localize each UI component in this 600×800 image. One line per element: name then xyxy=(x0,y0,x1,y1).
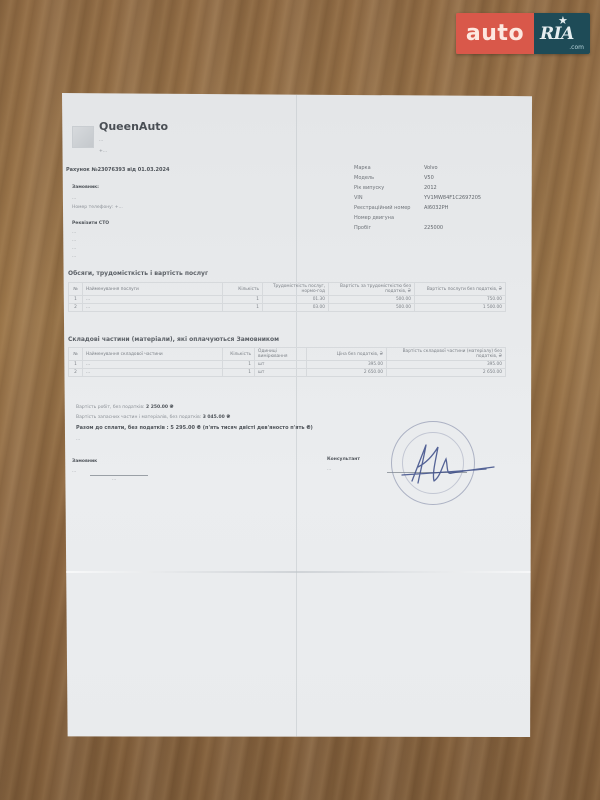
cell-name: ... xyxy=(83,361,223,369)
company-logo xyxy=(72,126,94,148)
table-row: 2...103.00500.001 500.00 xyxy=(69,304,506,312)
cell-qty: 1 xyxy=(223,361,255,369)
cell-hours: 03.00 xyxy=(263,304,329,312)
services-col-hours: Трудомісткість послуг, нормо-год xyxy=(263,283,329,296)
vehicle-value: YV1MW84F1C2697205 xyxy=(424,195,481,201)
logo-dotcom-text: .com xyxy=(569,44,584,51)
vehicle-label: Реєстраційний номер xyxy=(354,205,424,211)
parts-col-qty: Кількість xyxy=(223,348,255,361)
cell-n: 1 xyxy=(69,361,83,369)
customer-phone: +... xyxy=(115,205,123,210)
cell-name: ... xyxy=(83,296,223,304)
services-col-rate: Вартість за трудомісткістю без податків,… xyxy=(329,283,415,296)
totals-note: ... xyxy=(76,437,80,442)
services-col-qty: Кількість xyxy=(223,283,263,296)
vehicle-label: Марка xyxy=(354,165,424,171)
grand-total-label: Разом до сплати, без податків : xyxy=(76,425,169,431)
payee-code-2: ... xyxy=(72,254,76,259)
payee-heading: Реквізити СТО xyxy=(72,221,109,226)
vehicle-row: МодельV50 xyxy=(354,175,481,184)
vehicle-info: МаркаVolvoМодельV50Рік випуску2012VINYV1… xyxy=(354,165,481,235)
works-total-value: 2 250.00 ₴ xyxy=(146,405,174,410)
parts-col-price: Ціна без податків, ₴ xyxy=(307,348,387,361)
vehicle-row: Номер двигуна xyxy=(354,215,481,224)
vehicle-label: Номер двигуна xyxy=(354,215,424,221)
services-table: № Найменування послуги Кількість Трудомі… xyxy=(68,282,506,312)
vehicle-value: Volvo xyxy=(424,165,438,171)
invoice-title: Рахунок №23076393 від 01.03.2024 xyxy=(66,167,169,173)
vehicle-value: V50 xyxy=(424,175,434,181)
services-header-row: № Найменування послуги Кількість Трудомі… xyxy=(69,283,506,296)
customer-sign-heading: Замовник xyxy=(72,459,97,464)
cell-unit: шт xyxy=(255,361,307,369)
cell-price: 395.00 xyxy=(307,361,387,369)
company-address: ... xyxy=(99,138,103,143)
table-row: 1...1шт395.00395.00 xyxy=(69,361,506,369)
cell-total: 1 500.00 xyxy=(415,304,506,312)
cell-n: 1 xyxy=(69,296,83,304)
services-col-number: № xyxy=(69,283,83,296)
parts-total-label: Вартість запасних частин і матеріалів, б… xyxy=(76,415,201,420)
cell-qty: 1 xyxy=(223,304,263,312)
paper-fold-vertical xyxy=(296,93,297,737)
cell-rate: 500.00 xyxy=(329,296,415,304)
logo-ria-text: RIA xyxy=(540,24,574,44)
paper-fold-horizontal xyxy=(62,571,532,573)
vehicle-row: Пробіг225000 xyxy=(354,225,481,234)
vehicle-label: Модель xyxy=(354,175,424,181)
parts-table: № Найменування складової частини Кількіс… xyxy=(68,347,506,377)
table-row: 2...1шт2 650.002 650.00 xyxy=(69,369,506,377)
cell-total: 2 650.00 xyxy=(387,369,506,377)
parts-col-name: Найменування складової частини xyxy=(83,348,223,361)
logo-auto-part: auto xyxy=(456,13,534,54)
grand-total-value: 5 295.00 ₴ xyxy=(170,425,201,431)
vehicle-row: VINYV1MW84F1C2697205 xyxy=(354,195,481,204)
customer-phone-row: Номер телефону: +... xyxy=(72,205,123,210)
vehicle-row: МаркаVolvo xyxy=(354,165,481,174)
services-col-total: Вартість послуги без податків, ₴ xyxy=(415,283,506,296)
autoria-watermark-logo: auto ★ RIA .com xyxy=(456,13,590,54)
payee-account: ... xyxy=(72,238,76,243)
vehicle-label: Рік випуску xyxy=(354,185,424,191)
services-col-name: Найменування послуги xyxy=(83,283,223,296)
cell-price: 2 650.00 xyxy=(307,369,387,377)
payee-owner: ... xyxy=(72,230,76,235)
vehicle-value: AI6032PH xyxy=(424,205,448,211)
cell-qty: 1 xyxy=(223,296,263,304)
cell-hours: 01.30 xyxy=(263,296,329,304)
customer-signature-line xyxy=(90,475,148,476)
table-row: 1...101.30500.00750.00 xyxy=(69,296,506,304)
customer-heading: Замовник: xyxy=(72,185,99,190)
vehicle-label: Пробіг xyxy=(354,225,424,231)
works-total-label: Вартість робіт, без податків: xyxy=(76,405,145,410)
cell-rate: 500.00 xyxy=(329,304,415,312)
cell-n: 2 xyxy=(69,304,83,312)
cell-name: ... xyxy=(83,304,223,312)
parts-total-row: Вартість запасних частин і матеріалів, б… xyxy=(76,415,230,420)
parts-col-total: Вартість складової частини (матеріалу) б… xyxy=(387,348,506,361)
cell-qty: 1 xyxy=(223,369,255,377)
parts-total-value: 3 045.00 ₴ xyxy=(203,415,231,420)
cell-total: 750.00 xyxy=(415,296,506,304)
works-total-row: Вартість робіт, без податків: 2 250.00 ₴ xyxy=(76,405,174,410)
parts-header-row: № Найменування складової частини Кількіс… xyxy=(69,348,506,361)
logo-ria-part: ★ RIA .com xyxy=(534,13,590,54)
handwritten-signature xyxy=(382,433,502,493)
vehicle-value: 2012 xyxy=(424,185,437,191)
payee-code-1: ... xyxy=(72,246,76,251)
company-phone: +... xyxy=(99,149,107,154)
cell-n: 2 xyxy=(69,369,83,377)
grand-total-words: (п'ять тисяч двісті дев'яносто п'ять ₴) xyxy=(203,425,313,431)
cell-unit: шт xyxy=(255,369,307,377)
grand-total-row: Разом до сплати, без податків : 5 295.00… xyxy=(76,425,313,431)
services-title: Обсяги, трудомісткість і вартість послуг xyxy=(68,270,208,277)
customer-name: ... xyxy=(72,196,76,201)
vehicle-row: Рік випуску2012 xyxy=(354,185,481,194)
parts-title: Складові частини (матеріали), які оплачу… xyxy=(68,336,279,343)
parts-col-unit: Одиниці вимірювання xyxy=(255,348,307,361)
cell-total: 395.00 xyxy=(387,361,506,369)
invoice-paper: QueenAuto ... +... Рахунок №23076393 від… xyxy=(62,93,532,737)
customer-sign-caption: ... xyxy=(112,477,116,482)
company-name: QueenAuto xyxy=(99,120,168,133)
vehicle-value: 225000 xyxy=(424,225,443,231)
customer-phone-label: Номер телефону: xyxy=(72,205,113,210)
vehicle-row: Реєстраційний номерAI6032PH xyxy=(354,205,481,214)
consultant-name: ... xyxy=(327,467,331,472)
consultant-heading: Консультант xyxy=(327,457,360,462)
vehicle-label: VIN xyxy=(354,195,424,201)
cell-name: ... xyxy=(83,369,223,377)
parts-col-number: № xyxy=(69,348,83,361)
customer-sign-label: ... xyxy=(72,469,76,474)
